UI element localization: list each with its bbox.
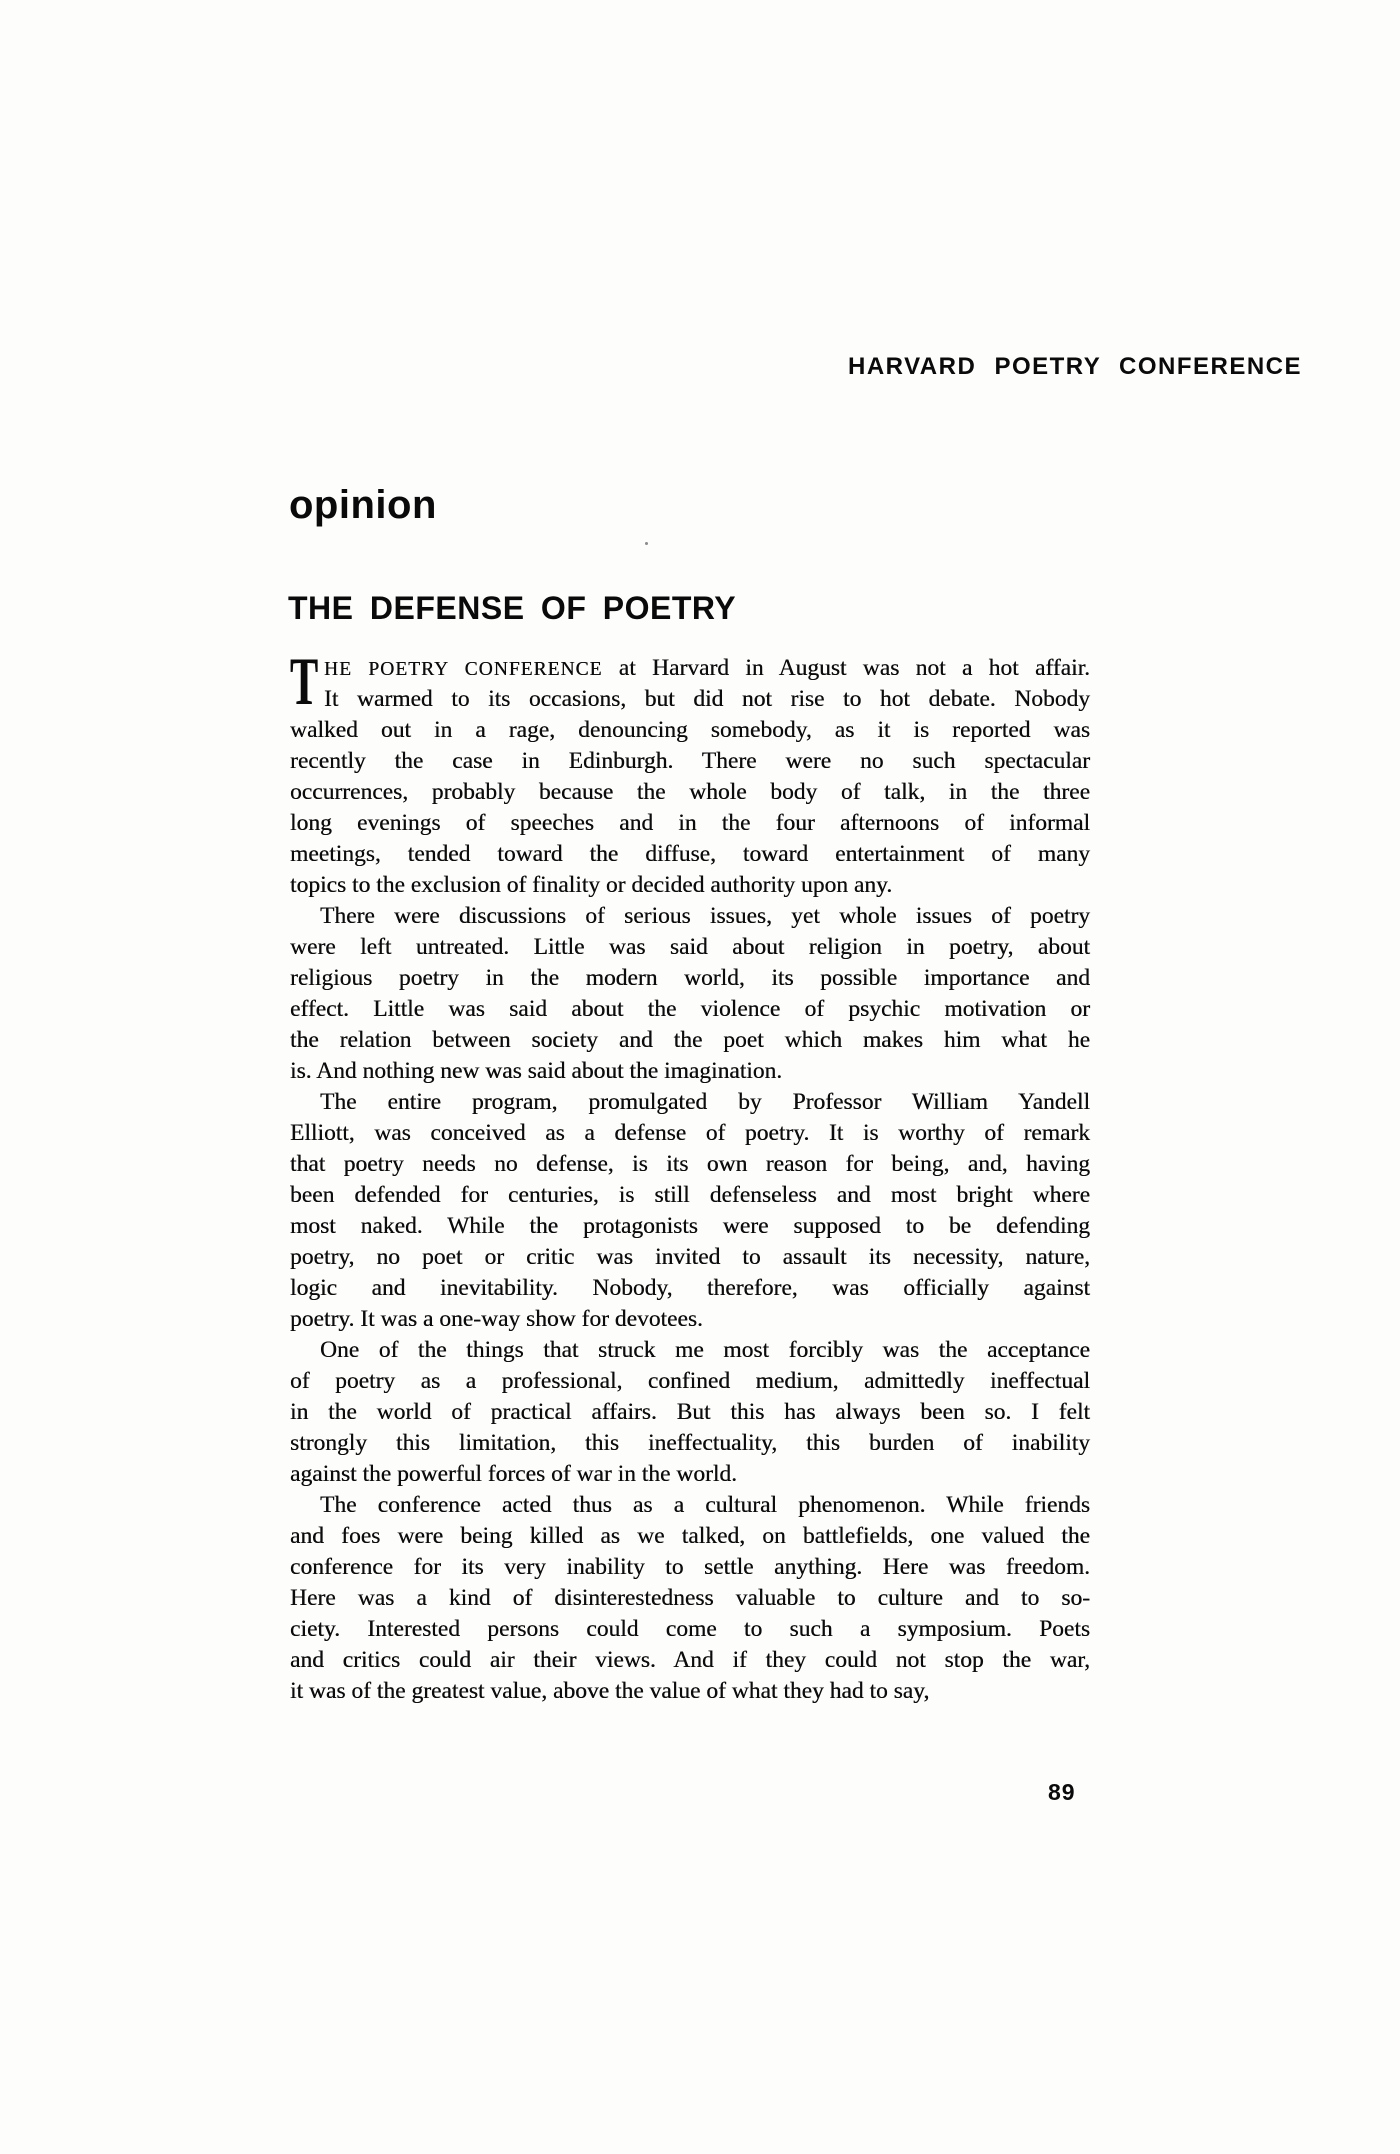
text-line: Here was a kind of disinterestedness val… (290, 1583, 1090, 1614)
text-line: meetings, tended toward the diffuse, tow… (290, 839, 1090, 870)
text-line: poetry, no poet or critic was invited to… (290, 1242, 1090, 1273)
text-line: conference for its very inability to set… (290, 1552, 1090, 1583)
text-line: of poetry as a professional, confined me… (290, 1366, 1090, 1397)
text-line: most naked. While the protagonists were … (290, 1211, 1090, 1242)
text-line: the relation between society and the poe… (290, 1025, 1090, 1056)
text-line: effect. Little was said about the violen… (290, 994, 1090, 1025)
page-number: 89 (1048, 1778, 1076, 1806)
text-line: and critics could air their views. And i… (290, 1645, 1090, 1676)
text-line: The entire program, promulgated by Profe… (290, 1087, 1090, 1118)
text-line: poetry. It was a one-way show for devote… (290, 1304, 1090, 1335)
text-line: walked out in a rage, denouncing somebod… (290, 715, 1090, 746)
paragraph: One of the things that struck me most fo… (290, 1335, 1090, 1490)
text-line: ciety. Interested persons could come to … (290, 1614, 1090, 1645)
text-line: It warmed to its occasions, but did not … (290, 684, 1090, 715)
text-line: The conference acted thus as a cultural … (290, 1490, 1090, 1521)
text-line: recently the case in Edinburgh. There we… (290, 746, 1090, 777)
small-caps-text: HE POETRY CONFERENCE (324, 659, 602, 680)
text-line: were left untreated. Little was said abo… (290, 932, 1090, 963)
article-body: THE POETRY CONFERENCE at Harvard in Augu… (290, 653, 1090, 1707)
text-line: There were discussions of serious issues… (290, 901, 1090, 932)
text-segment: at Harvard in August was not a hot affai… (602, 655, 1090, 681)
text-line: in the world of practical affairs. But t… (290, 1397, 1090, 1428)
text-line: topics to the exclusion of finality or d… (290, 870, 1090, 901)
article-title: THE DEFENSE OF POETRY (288, 588, 736, 628)
paragraph: The conference acted thus as a cultural … (290, 1490, 1090, 1707)
text-line: religious poetry in the modern world, it… (290, 963, 1090, 994)
text-line: and foes were being killed as we talked,… (290, 1521, 1090, 1552)
text-line: it was of the greatest value, above the … (290, 1676, 1090, 1707)
text-line: been defended for centuries, is still de… (290, 1180, 1090, 1211)
text-line: against the powerful forces of war in th… (290, 1459, 1090, 1490)
drop-cap: T (290, 653, 307, 709)
text-line: is. And nothing new was said about the i… (290, 1056, 1090, 1087)
scanned-page: HARVARD POETRY CONFERENCE opinion THE DE… (0, 0, 1400, 2154)
paragraph: The entire program, promulgated by Profe… (290, 1087, 1090, 1335)
text-line: strongly this limitation, this ineffectu… (290, 1428, 1090, 1459)
text-line: long evenings of speeches and in the fou… (290, 808, 1090, 839)
paragraph: There were discussions of serious issues… (290, 901, 1090, 1087)
paragraph: THE POETRY CONFERENCE at Harvard in Augu… (290, 653, 1090, 901)
text-line: Elliott, was conceived as a defense of p… (290, 1118, 1090, 1149)
text-line: logic and inevitability. Nobody, therefo… (290, 1273, 1090, 1304)
text-line: One of the things that struck me most fo… (290, 1335, 1090, 1366)
section-label: opinion (289, 479, 437, 531)
text-line: occurrences, probably because the whole … (290, 777, 1090, 808)
text-line: HE POETRY CONFERENCE at Harvard in Augus… (290, 653, 1090, 684)
running-head: HARVARD POETRY CONFERENCE (848, 352, 1302, 381)
text-line: that poetry needs no defense, is its own… (290, 1149, 1090, 1180)
scan-speck (645, 542, 648, 545)
